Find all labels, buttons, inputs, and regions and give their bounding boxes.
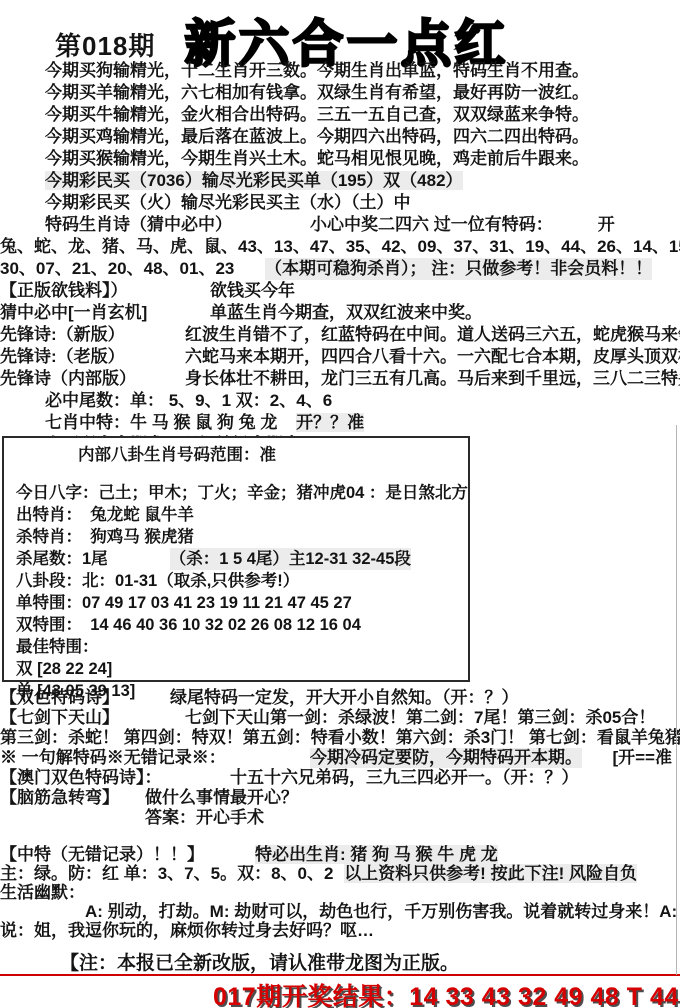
bagua-duan: 八卦段：北：01-31（取杀,只供参考!） [16,570,468,592]
xianfeng-row-internal: 先锋诗（内部版） 身长体壮不耕田，龙门三五有几高。马后来到千里远，三八二三特头奖… [0,368,680,390]
tip-line-caimin2: 今期彩民买（火）输尽光彩民买主（水）（土）中 [45,192,680,214]
xianfeng-row-new: 先锋诗:（新版） 红波生肖错不了，红蓝特码在中间。道人送码三六五，蛇虎猴马来领钱… [0,324,680,346]
tip-line-caimin: 今期彩民买（7036）输尽光彩民买单（195）双（482） [45,170,680,192]
shengxiao-row2-numbers: 30、07、21、20、48、01、23 [0,258,265,280]
aomen-text: 十五十六兄弟码，三九三四必开一。（开：？） [230,768,579,788]
qijian-line2: 第三剑：杀蛇！ 第四剑：特双！第五剑：特看小数！第六剑：杀3门！ 第七剑：看鼠羊… [0,728,680,748]
shuangse-label: 【双色特码诗】 [0,688,170,708]
humor-line2: 说：姐，我逗你玩的，麻烦你转过身去好吗？呕… [0,921,680,940]
yuqian-label: 【正版欲钱料】） [0,280,210,302]
zhongte-label: 【中特（无错记录）！！】 [0,845,255,864]
bagua-shaweishu: 杀尾数：1尾 （杀：1 5 4尾）主12-31 32-45段 [16,548,468,570]
edition-note: 【注：本报已全新改版，请认准带龙图为正版。 [60,948,459,975]
naojin-row: 【脑筋急转弯】 做什么事情最开心？ [0,788,680,808]
lottery-tip-sheet: 第018期 新六合一点红 今期买狗输精光，十二生肖开三数。今期生肖出单蓝，特码生… [0,0,680,1008]
shengxiao-numbers-row2: 30、07、21、20、48、01、23 （本期可稳狗杀肖）； 注：只做参考！非… [0,258,680,280]
tip-line: 今期买鸡输精光，最后落在蓝波上。今期四六出特码，四六二四出特码。 [45,126,680,148]
naojin-answer-row: 答案：开心手术 [0,808,680,828]
xianfeng-new-text: 红波生肖错不了，红蓝特码在中间。道人送码三六五，蛇虎猴马来领钱。 [185,324,680,346]
qixiao-text: 七肖中特：牛 马 猴 鼠 狗 兔 龙 [45,413,277,432]
bagua-best-shuang: 双 [28 22 24] [16,658,468,680]
yijie-text: 今期冷码定要防，今期特码开本期。 [310,748,582,768]
weishu-line: 必中尾数：单： 5、9、1 双：2、4、6 [45,390,680,412]
tip-line: 今期买羊输精光，六七相加有钱拿。双绿生肖有希望，最好再防一波红。 [45,82,680,104]
xianfeng-row-old: 先锋诗:（老版） 六蛇马来本期开，四四合八看十六。一六配七合本期，皮厚头顶双枪走… [0,346,680,368]
bagua-box: 内部八卦生肖号码范围：准 今日八字：己土；甲木；丁火；辛金；猪冲虎04 ：是日煞… [2,436,470,682]
humor-label: 生活幽默： [0,883,680,902]
shengxiao-open: 开 [598,214,615,236]
shuangse-text: 绿尾特码一定发，开大开小自然知。（开：？） [170,688,519,708]
humor-line1: A: 别动，打劫。M: 劫财可以，劫色也行，千万别伤害我。说着就转过身来！A: … [45,902,680,921]
scan-edge-line [676,425,677,975]
zhongte-section: 【中特（无错记录）！！】 特必出生肖: 猪 狗 马 猴 牛 虎 龙 主：绿。防：… [45,845,680,940]
zhongte-text: 特必出生肖: 猪 狗 马 猴 牛 虎 龙 [255,845,498,864]
xianfeng-new-label: 先锋诗:（新版） [0,324,185,346]
tip-line: 今期买猴输精光，今期生肖兴土木。蛇马相见恨见晚，鸡走前后牛跟来。 [45,148,680,170]
bagua-title: 内部八卦生肖号码范围：准 [78,444,468,466]
shengxiao-numbers-row1: 兔、蛇、龙、猪、马、虎、鼠、43、13、47、35、42、09、37、31、19… [0,236,680,258]
shengxiao-label: 特码生肖诗（猜中必中） [45,214,310,236]
red-divider [0,974,680,976]
xuanji-text: 单蓝生肖今期查，双双红波来中奖。 [210,302,482,324]
xianfeng-internal-text: 身长体壮不耕田，龙门三五有几高。马后来到千里远，三八二三特头奖。 [185,368,680,390]
main-text-block: 今期买狗输精光，十二生肖开三数。今期生肖出单蓝，特码生肖不用查。 今期买羊输精光… [45,60,680,456]
xuanji-label: 猜中必中[一肖玄机] [0,302,210,324]
zhufang-note: 以上资料只供参考! 按此下注! 风险自负 [344,864,637,883]
xianfeng-old-text: 六蛇马来本期开，四四合八看十六。一六配七合本期，皮厚头顶双枪走。 [185,346,680,368]
qijian-line1: 七剑下天山第一剑：杀绿波！第二剑：7尾！第三剑：杀05合！ [185,708,655,728]
spacer [108,548,170,570]
naojin-label: 【脑筋急转弯】 [0,788,145,808]
zhongte-row: 【中特（无错记录）！！】 特必出生肖: 猪 狗 马 猴 牛 虎 龙 [0,845,680,864]
bagua-chutexiao: 出特肖： 兔龙蛇 鼠牛羊 [16,504,468,526]
bagua-bazi: 今日八字：己土；甲木；丁火；辛金；猪冲虎04 ：是日煞北方 [16,482,468,504]
yijie-row: ※ 一句解特码※无错记录※： 今期冷码定要防，今期特码开本期。 [开==准 [0,748,680,768]
xianfeng-old-label: 先锋诗:（老版） [0,346,185,368]
xuanji-row: 猜中必中[一肖玄机] 单蓝生肖今期查，双双红波来中奖。 [0,302,680,324]
yuqian-text: 欲钱买今年 [210,280,295,302]
aomen-row: 【澳门双色特码诗】： 十五十六兄弟码，三九三四必开一。（开：？） [0,768,680,788]
shengxiao-note: （本期可稳狗杀肖）； 注：只做参考！非会员料！！ [265,258,652,280]
zhufang-line: 主：绿。防：红 单：3、7、5。双：8、0、2 以上资料只供参考! 按此下注! … [0,864,680,883]
aomen-label: 【澳门双色特码诗】： [0,768,230,788]
poems-section: 【双色特码诗】 绿尾特码一定发，开大开小自然知。（开：？） 【七剑下天山】 七剑… [45,688,680,828]
bagua-shaweishu-left: 杀尾数：1尾 [16,548,108,570]
bagua-dantewai: 单特围：07 49 17 03 41 23 19 11 21 47 45 27 [16,592,468,614]
yijie-tail: [开==准 [612,748,672,768]
naojin-question: 做什么事情最开心？ [145,788,298,808]
xianfeng-internal-label: 先锋诗（内部版） [0,368,185,390]
zhufang-main: 主：绿。防：红 单：3、7、5。双：8、0、2 [0,864,333,883]
tip-line: 今期买牛输精光，金火相合出特码。三五一五自己查，双双绿蓝来争特。 [45,104,680,126]
tip-line-caimin-text: 今期彩民买（7036）输尽光彩民买单（195）双（482） [45,171,463,190]
shuangse-row: 【双色特码诗】 绿尾特码一定发，开大开小自然知。（开：？） [0,688,680,708]
qijian-label: 【七剑下天山】 [0,708,185,728]
shengxiao-poem-row: 特码生肖诗（猜中必中） 小心中奖二四六 过一位有特码： 开 [45,214,680,236]
bagua-best-label: 最佳特围： [16,636,468,658]
bagua-shuangtewai: 双特围： 14 46 40 36 10 32 02 26 08 12 16 04 [16,614,468,636]
previous-draw-result: 017期开奖结果：14 33 43 32 49 48 T 44 [213,977,679,1008]
qixiao-line: 七肖中特：牛 马 猴 鼠 狗 兔 龙 开？？准 [45,412,680,434]
shengxiao-hint: 小心中奖二四六 过一位有特码： [310,214,553,236]
bagua-shaweishu-right: （杀：1 5 4尾）主12-31 32-45段 [170,548,411,570]
spacer [0,808,145,828]
issue-number: 第018期 [55,26,155,63]
naojin-answer: 答案：开心手术 [145,808,264,828]
yijie-label: ※ 一句解特码※无错记录※： [0,748,310,768]
yuqian-row: 【正版欲钱料】） 欲钱买今年 [0,280,680,302]
bagua-shatexiao: 杀特肖： 狗鸡马 猴虎猪 [16,526,468,548]
tip-line: 今期买狗输精光，十二生肖开三数。今期生肖出单蓝，特码生肖不用查。 [45,60,680,82]
qijian-row: 【七剑下天山】 七剑下天山第一剑：杀绿波！第二剑：7尾！第三剑：杀05合！ [0,708,680,728]
qixiao-result: 开？？准 [296,413,364,432]
